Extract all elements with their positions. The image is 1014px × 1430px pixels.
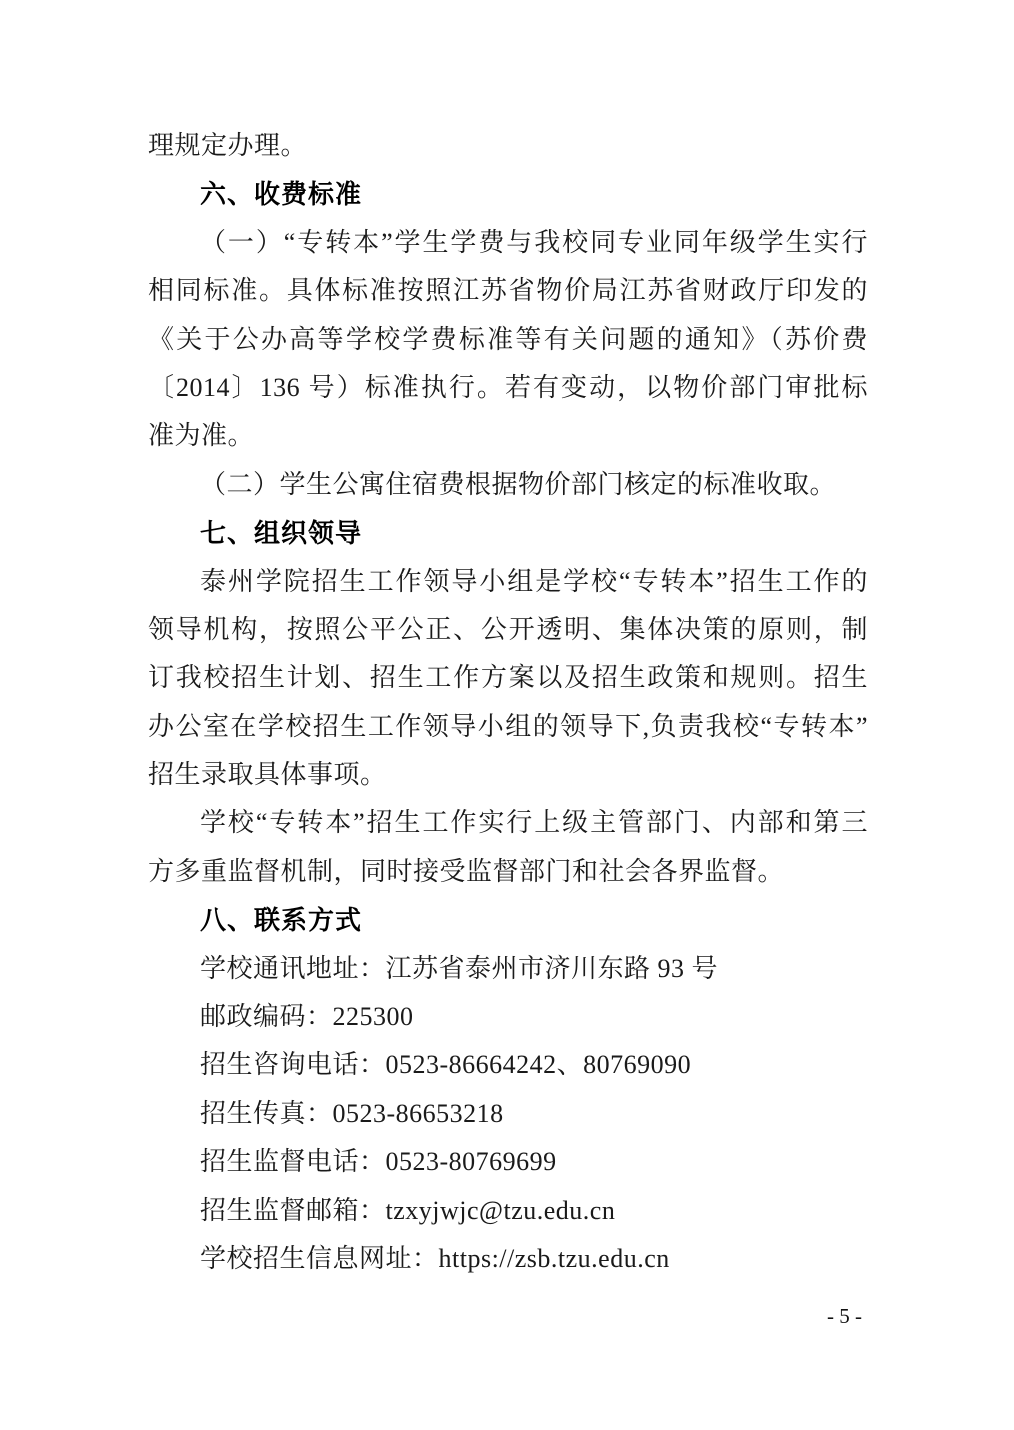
page-number: - 5 - (827, 1301, 862, 1331)
section-heading-contact: 八、联系方式 (148, 896, 868, 944)
paragraph-line: 领导机构，按照公平公正、公开透明、集体决策的原则，制 (148, 606, 868, 654)
contact-line-postcode: 邮政编码：225300 (148, 993, 868, 1041)
contact-line-supervision-phone: 招生监督电话：0523-80769699 (148, 1138, 868, 1186)
contact-line-phone: 招生咨询电话：0523-86664242、80769090 (148, 1041, 868, 1089)
paragraph-line: 方多重监督机制，同时接受监督部门和社会各界监督。 (148, 848, 868, 896)
paragraph-line: （一）“专转本”学生学费与我校同专业同年级学生实行 (148, 219, 868, 267)
contact-line-address: 学校通讯地址：江苏省泰州市济川东路 93 号 (148, 945, 868, 993)
paragraph-line: 〔2014〕136 号）标准执行。若有变动，以物价部门审批标 (148, 364, 868, 412)
document-page: 理规定办理。 六、收费标准 （一）“专转本”学生学费与我校同专业同年级学生实行 … (0, 0, 1014, 1430)
section-heading-fees: 六、收费标准 (148, 170, 868, 218)
contact-line-website: 学校招生信息网址：https://zsb.tzu.edu.cn (148, 1235, 868, 1283)
contact-line-supervision-email: 招生监督邮箱：tzxyjwjc@tzu.edu.cn (148, 1187, 868, 1235)
contact-line-fax: 招生传真：0523-86653218 (148, 1090, 868, 1138)
paragraph-line: （二）学生公寓住宿费根据物价部门核定的标准收取。 (148, 461, 868, 509)
paragraph-line: 准为准。 (148, 412, 868, 460)
paragraph-line: 理规定办理。 (148, 122, 868, 170)
paragraph-line: 《关于公办高等学校学费标准等有关问题的通知》（苏价费 (148, 316, 868, 364)
paragraph-line: 订我校招生计划、招生工作方案以及招生政策和规则。招生 (148, 654, 868, 702)
document-body: 理规定办理。 六、收费标准 （一）“专转本”学生学费与我校同专业同年级学生实行 … (148, 122, 868, 1283)
paragraph-line: 办公室在学校招生工作领导小组的领导下,负责我校“专转本” (148, 703, 868, 751)
paragraph-line: 泰州学院招生工作领导小组是学校“专转本”招生工作的 (148, 558, 868, 606)
paragraph-line: 相同标准。具体标准按照江苏省物价局江苏省财政厅印发的 (148, 267, 868, 315)
section-heading-organization: 七、组织领导 (148, 509, 868, 557)
paragraph-line: 学校“专转本”招生工作实行上级主管部门、内部和第三 (148, 799, 868, 847)
paragraph-line: 招生录取具体事项。 (148, 751, 868, 799)
